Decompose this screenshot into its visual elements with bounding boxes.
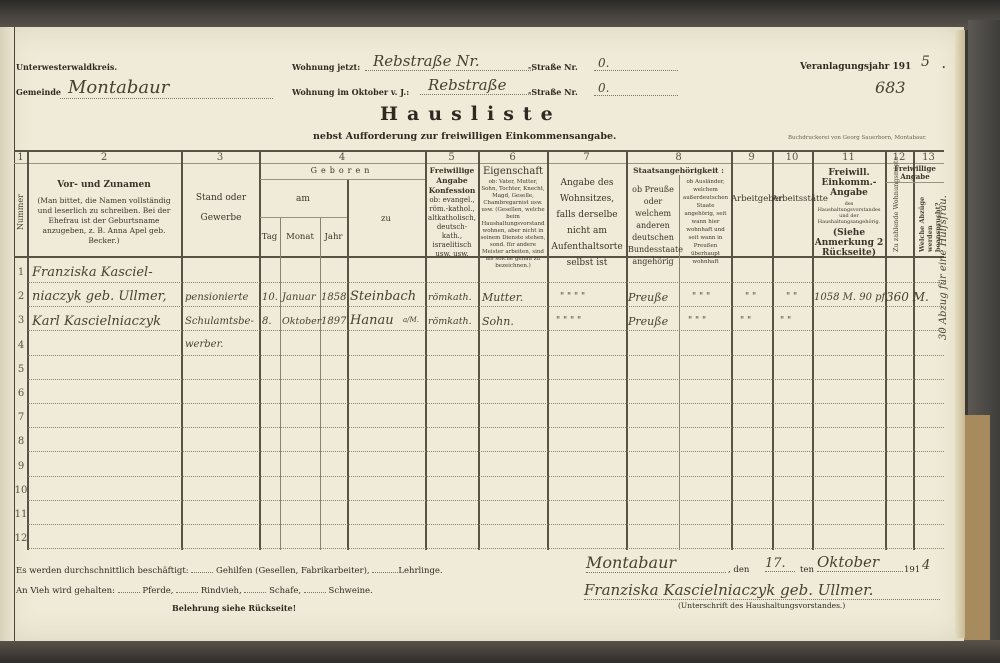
row3-eigenschaft: Sohn.: [482, 315, 514, 328]
header-born-jahr: Jahr: [320, 232, 347, 242]
row2-einkommen: 1058 M. 90 pf.: [814, 292, 888, 303]
residence-oct-number: 0.: [594, 81, 678, 96]
residence-now-label: Wohnung jetzt:: [292, 62, 360, 72]
colnum-11: 11: [812, 152, 885, 163]
col-divider-12: [913, 150, 915, 550]
row-number: 5: [14, 364, 28, 375]
employed-text: Es werden durchschnittlich beschäftigt:: [16, 566, 189, 576]
header-eigenschaft: Eigenschaft ob: Vater, Mutter, Sohn, Toc…: [480, 165, 546, 270]
header-names-title: Vor- und Zunamen: [57, 180, 151, 190]
row2-monat: Januar: [282, 292, 316, 303]
row-number: 9: [14, 461, 28, 472]
colnum-1: 1: [14, 152, 27, 163]
residence-oct-value: Rebstraße: [420, 76, 533, 95]
header-einkommen-title: Freiwill. Einkomm.-Angabe: [822, 168, 877, 198]
row1-name: Franziska Kasciel-: [32, 265, 153, 280]
row2-arbeitgeber: " ": [745, 292, 756, 302]
header-eigenschaft-note: ob: Vater, Mutter, Sohn, Tochter, Knecht…: [481, 179, 546, 269]
row3-auslaender: " " ": [688, 316, 706, 326]
margin-note-deduction: 30 Abzug für eine Hülfsfrau.: [938, 195, 949, 340]
date-month: Oktober: [817, 553, 903, 572]
printer-imprint: Buchdruckerei von Georg Sauerborn, Monta…: [788, 135, 927, 141]
header-miete: Zu zahlende Wohnungsmiete: [892, 157, 900, 252]
colnum-13: 13: [913, 152, 944, 163]
header-names-note: (Man bittet, die Namen vollständig und l…: [30, 196, 178, 246]
header-born: Geboren: [259, 166, 425, 176]
row2-konfession: römkath.: [428, 292, 472, 303]
colnum-2: 2: [27, 152, 181, 163]
row3-birthplace: Hanau: [350, 313, 394, 328]
apprentices-count-field: [372, 572, 398, 573]
page-stack-edge: [955, 30, 965, 638]
header-einkommen-note2: (Siehe Anmerkung 2 Rückseite): [815, 228, 884, 258]
born-am-divider: [260, 217, 347, 218]
residence-oct-label: Wohnung im Oktober v. J.:: [292, 87, 409, 97]
row2-name: niaczyk geb. Ullmer,: [32, 289, 167, 304]
date-year-prefix: 191: [904, 565, 920, 575]
row-number: 8: [14, 436, 28, 447]
row-separator: [28, 476, 944, 477]
row-number: 4: [14, 340, 28, 351]
colnum-7: 7: [547, 152, 626, 163]
header-wohnsitz: Angabe des Wohnsitzes, falls derselbe ni…: [550, 175, 624, 271]
colnum-3: 3: [181, 152, 259, 163]
header-konfession-title: Freiwillige Angabe Konfession: [429, 166, 476, 195]
horses-count-field: [118, 592, 140, 593]
sheep-label: Schafe,: [269, 586, 301, 596]
row2-jahr: 1858.: [321, 292, 350, 303]
row-separator: [28, 306, 944, 307]
col-divider-9: [772, 150, 774, 550]
row-separator: [28, 403, 944, 404]
row2-auslaender: " " ": [692, 292, 710, 302]
row3-jahr: 1897.: [321, 316, 350, 327]
row3-wohnsitz: " " " ": [556, 316, 581, 326]
assessment-year-value: 5: [921, 54, 930, 70]
form-title: Hausliste: [380, 103, 562, 125]
row-separator: [28, 330, 944, 331]
row2-wohnsitz: " " " ": [560, 292, 585, 302]
header-born-zu: zu: [347, 214, 425, 224]
assessment-year-period: .: [942, 60, 945, 71]
binder-bottom-edge: [0, 640, 1000, 663]
row-separator: [28, 282, 944, 283]
form-subtitle: nebst Aufforderung zur freiwilligen Eink…: [313, 131, 616, 142]
row3-tag: 8.: [262, 316, 272, 327]
header-staat-ausland: ob Ausländer, welchem außerdeutschen Sta…: [681, 178, 730, 266]
livestock-text: An Vieh wird gehalten:: [16, 586, 115, 596]
row2-birthplace: Steinbach: [350, 289, 416, 304]
born-group-divider: [260, 179, 425, 180]
row3-birthplace-suffix: a/M.: [403, 316, 419, 324]
pigs-label: Schweine.: [329, 586, 373, 596]
header-konfession-note: ob: evangel., röm.-kathol., altkatholisc…: [428, 196, 476, 258]
row3-monat: Oktober: [282, 316, 321, 327]
header-names: Vor- und Zunamen (Man bittet, die Namen …: [30, 180, 178, 246]
colnum-9: 9: [731, 152, 772, 163]
signature-label: (Unterschrift des Haushaltungsvorstandes…: [678, 601, 845, 610]
row3-stand: Schulamtsbe-: [185, 316, 254, 327]
header-einkommen: Freiwill. Einkomm.-Angabe des Haushaltun…: [814, 168, 884, 258]
binder-top-edge: [0, 0, 1000, 30]
row-number: 3: [14, 315, 28, 326]
left-gutter: [0, 27, 15, 641]
livestock-label: An Vieh wird gehalten: Pferde, Rindvieh,…: [16, 586, 373, 596]
header-born-monat: Monat: [280, 232, 320, 242]
municipality-value: Montabaur: [60, 77, 273, 99]
col-divider-8a: [679, 175, 680, 550]
header-einkommen-note: des Haushaltungsvorstandes und der Haush…: [814, 201, 884, 225]
header-stand: Stand oder Gewerbe: [190, 188, 252, 228]
header-arbeitsstaette: Arbeitsstätte: [772, 190, 812, 208]
colnum-10: 10: [772, 152, 812, 163]
colnum-8: 8: [626, 152, 731, 163]
col-divider-4c: [347, 179, 349, 550]
row-number: 10: [14, 485, 28, 496]
col-divider-3: [259, 150, 261, 550]
row2-tag: 10.: [262, 292, 278, 303]
colnum-4: 4: [259, 152, 425, 163]
row-number: 6: [14, 388, 28, 399]
row4-stand: werber.: [185, 339, 223, 350]
instruction-note: Belehrung siehe Rückseite!: [172, 603, 296, 613]
date-den: , den: [728, 565, 749, 575]
row2-miete: 360 M.: [886, 290, 929, 304]
row-number: 12: [14, 533, 28, 544]
row3-preusse: Preuße: [628, 315, 668, 328]
date-ten: ten: [800, 565, 814, 575]
row-separator: [28, 524, 944, 525]
employed-label: Es werden durchschnittlich beschäftigt: …: [16, 566, 443, 576]
residence-now-value: Rebstraße Nr.: [365, 52, 533, 71]
row-separator: [28, 451, 944, 452]
row3-arbeitgeber: " ": [740, 316, 751, 326]
residence-now-street-label: -Straße Nr.: [528, 62, 578, 72]
cattle-label: Rindvieh,: [201, 586, 242, 596]
municipality-label: Gemeinde: [16, 87, 61, 97]
row-number: 2: [14, 291, 28, 302]
row-separator: [28, 548, 944, 549]
header-born-tag: Tag: [259, 232, 280, 242]
residence-oct-street-label: -Straße Nr.: [528, 87, 578, 97]
row-number: 1: [14, 267, 28, 278]
header-staat-preusse: ob Preuße oder welchem anderen deutschen…: [628, 184, 678, 268]
col-divider-2: [181, 150, 183, 550]
assistants-count-field: [191, 572, 213, 573]
row-separator: [28, 355, 944, 356]
list-number: 683: [875, 78, 906, 97]
header-eigenschaft-title: Eigenschaft: [483, 166, 543, 177]
colnum-6: 6: [478, 152, 547, 163]
header-arbeitgeber: Arbeitgeber: [731, 190, 772, 208]
householder-signature: Franziska Kascielniaczyk geb. Ullmer.: [584, 581, 940, 600]
row-separator: [28, 500, 944, 501]
apprentices-label: Lehrlinge.: [398, 566, 442, 576]
header-nummer: Nummer: [16, 194, 25, 230]
row3-konfession: römkath.: [428, 316, 472, 327]
date-day: 17.: [765, 556, 795, 572]
sheep-count-field: [244, 592, 266, 593]
assistants-label: Gehilfen (Gesellen, Fabrikarbeiter),: [216, 566, 370, 576]
row-separator: [28, 427, 944, 428]
cattle-count-field: [176, 592, 198, 593]
horses-label: Pferde,: [142, 586, 173, 596]
pigs-count-field: [304, 592, 326, 593]
header-konfession: Freiwillige Angabe Konfession ob: evange…: [427, 166, 477, 259]
row-number: 7: [14, 412, 28, 423]
header-staat: Staatsangehörigkeit :: [626, 166, 731, 176]
district-label: Unterwesterwaldkreis.: [16, 62, 117, 72]
col-divider-11: [885, 150, 887, 550]
row2-arbeitsstaette: " ": [786, 292, 797, 302]
colnum-5: 5: [425, 152, 478, 163]
assessment-year-label: Veranlagungsjahr 191: [800, 62, 911, 72]
header-born-am: am: [259, 194, 347, 204]
place-signed: Montabaur: [586, 553, 726, 573]
row-separator: [28, 379, 944, 380]
paper-tab-flap: [963, 415, 990, 640]
col-divider-6: [547, 150, 549, 550]
row3-arbeitsstaette: " ": [780, 316, 791, 326]
row2-stand: pensionierte: [185, 292, 248, 303]
row3-name: Karl Kascielniaczyk: [32, 314, 161, 329]
row2-preusse: Preuße: [628, 291, 668, 304]
residence-now-number: 0.: [594, 56, 678, 71]
date-year-value: 4: [922, 558, 930, 573]
row-number: 11: [14, 509, 28, 520]
col-divider-8: [731, 150, 733, 550]
row2-eigenschaft: Mutter.: [482, 291, 523, 304]
